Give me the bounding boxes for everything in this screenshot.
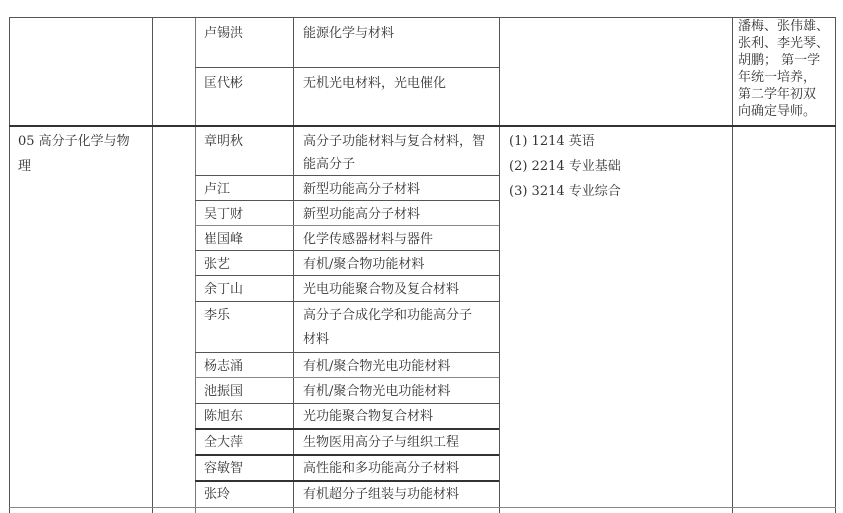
advisor-name: 余丁山 — [204, 277, 243, 302]
research-direction: 有机/聚合物功能材料 — [303, 252, 424, 277]
research-direction: 化学传感器材料与器件 — [303, 227, 433, 252]
remarks-cell: 潘梅、张伟雄、 张利、李光琴、 胡鹏； 第一学 年统一培养， 第二学年初双 向确… — [738, 18, 833, 120]
table-bottom-line — [9, 507, 836, 508]
advisor-name: 池振国 — [204, 379, 243, 404]
research-direction-cont: 材料 — [303, 327, 329, 352]
research-direction: 高分子功能材料与复合材料，智 — [303, 129, 485, 154]
research-direction: 生物医用高分子与组织工程 — [303, 430, 459, 455]
research-direction-cont: 能高分子 — [303, 152, 355, 177]
advisor-name: 张玲 — [204, 482, 230, 507]
advisor-name: 杨志涌 — [204, 354, 243, 379]
section-divider — [9, 125, 836, 127]
advisor-name: 李乐 — [204, 303, 230, 328]
research-direction: 光电功能聚合物及复合材料 — [303, 277, 459, 302]
advisor-name: 全大萍 — [204, 430, 243, 455]
research-direction: 有机/聚合物光电功能材料 — [303, 354, 450, 379]
remarks-line: 年统一培养， — [738, 69, 833, 86]
research-direction: 有机超分子组装与功能材料 — [303, 482, 459, 507]
exam-subject: (1) 1214 英语 — [509, 129, 595, 154]
research-direction: 新型功能高分子材料 — [303, 177, 420, 202]
remarks-line: 潘梅、张伟雄、 — [738, 18, 833, 35]
advisor-name: 吴丁财 — [204, 202, 243, 227]
research-direction: 无机光电材料，光电催化 — [303, 71, 446, 96]
advisor-name: 张艺 — [204, 252, 230, 277]
research-direction: 能源化学与材料 — [303, 21, 394, 46]
table-top-border — [9, 17, 836, 18]
advisor-name: 卢江 — [204, 177, 230, 202]
row-line — [195, 352, 499, 353]
research-direction: 高性能和多功能高分子材料 — [303, 456, 459, 481]
program-name: 05 高分子化学与物 — [18, 129, 130, 154]
advisor-name: 陈旭东 — [204, 404, 243, 429]
remarks-line: 向确定导师。 — [738, 103, 833, 120]
advisor-name: 匡代彬 — [204, 71, 243, 96]
research-direction: 高分子合成化学和功能高分子 — [303, 303, 472, 328]
research-direction: 新型功能高分子材料 — [303, 202, 420, 227]
col-line-5 — [732, 17, 733, 513]
row-line-top-1 — [195, 67, 499, 68]
col-line-2 — [195, 17, 196, 513]
advisor-name: 容敏智 — [204, 456, 243, 481]
exam-subject: (2) 2214 专业基础 — [509, 154, 621, 179]
col-line-1 — [152, 17, 153, 513]
advisor-name: 卢锡洪 — [204, 21, 243, 46]
advisor-name: 章明秋 — [204, 129, 243, 154]
program-name-cont: 理 — [18, 154, 31, 179]
col-line-3 — [293, 17, 294, 513]
advisor-name: 崔国峰 — [204, 227, 243, 252]
col-line-right — [835, 17, 836, 513]
col-line-left — [9, 17, 10, 513]
remarks-line: 胡鹏； 第一学 — [738, 52, 833, 69]
remarks-line: 第二学年初双 — [738, 86, 833, 103]
research-direction: 光功能聚合物复合材料 — [303, 404, 433, 429]
col-line-4 — [499, 17, 500, 513]
research-direction: 有机/聚合物光电功能材料 — [303, 379, 450, 404]
remarks-line: 张利、李光琴、 — [738, 35, 833, 52]
exam-subject: (3) 3214 专业综合 — [509, 179, 621, 204]
